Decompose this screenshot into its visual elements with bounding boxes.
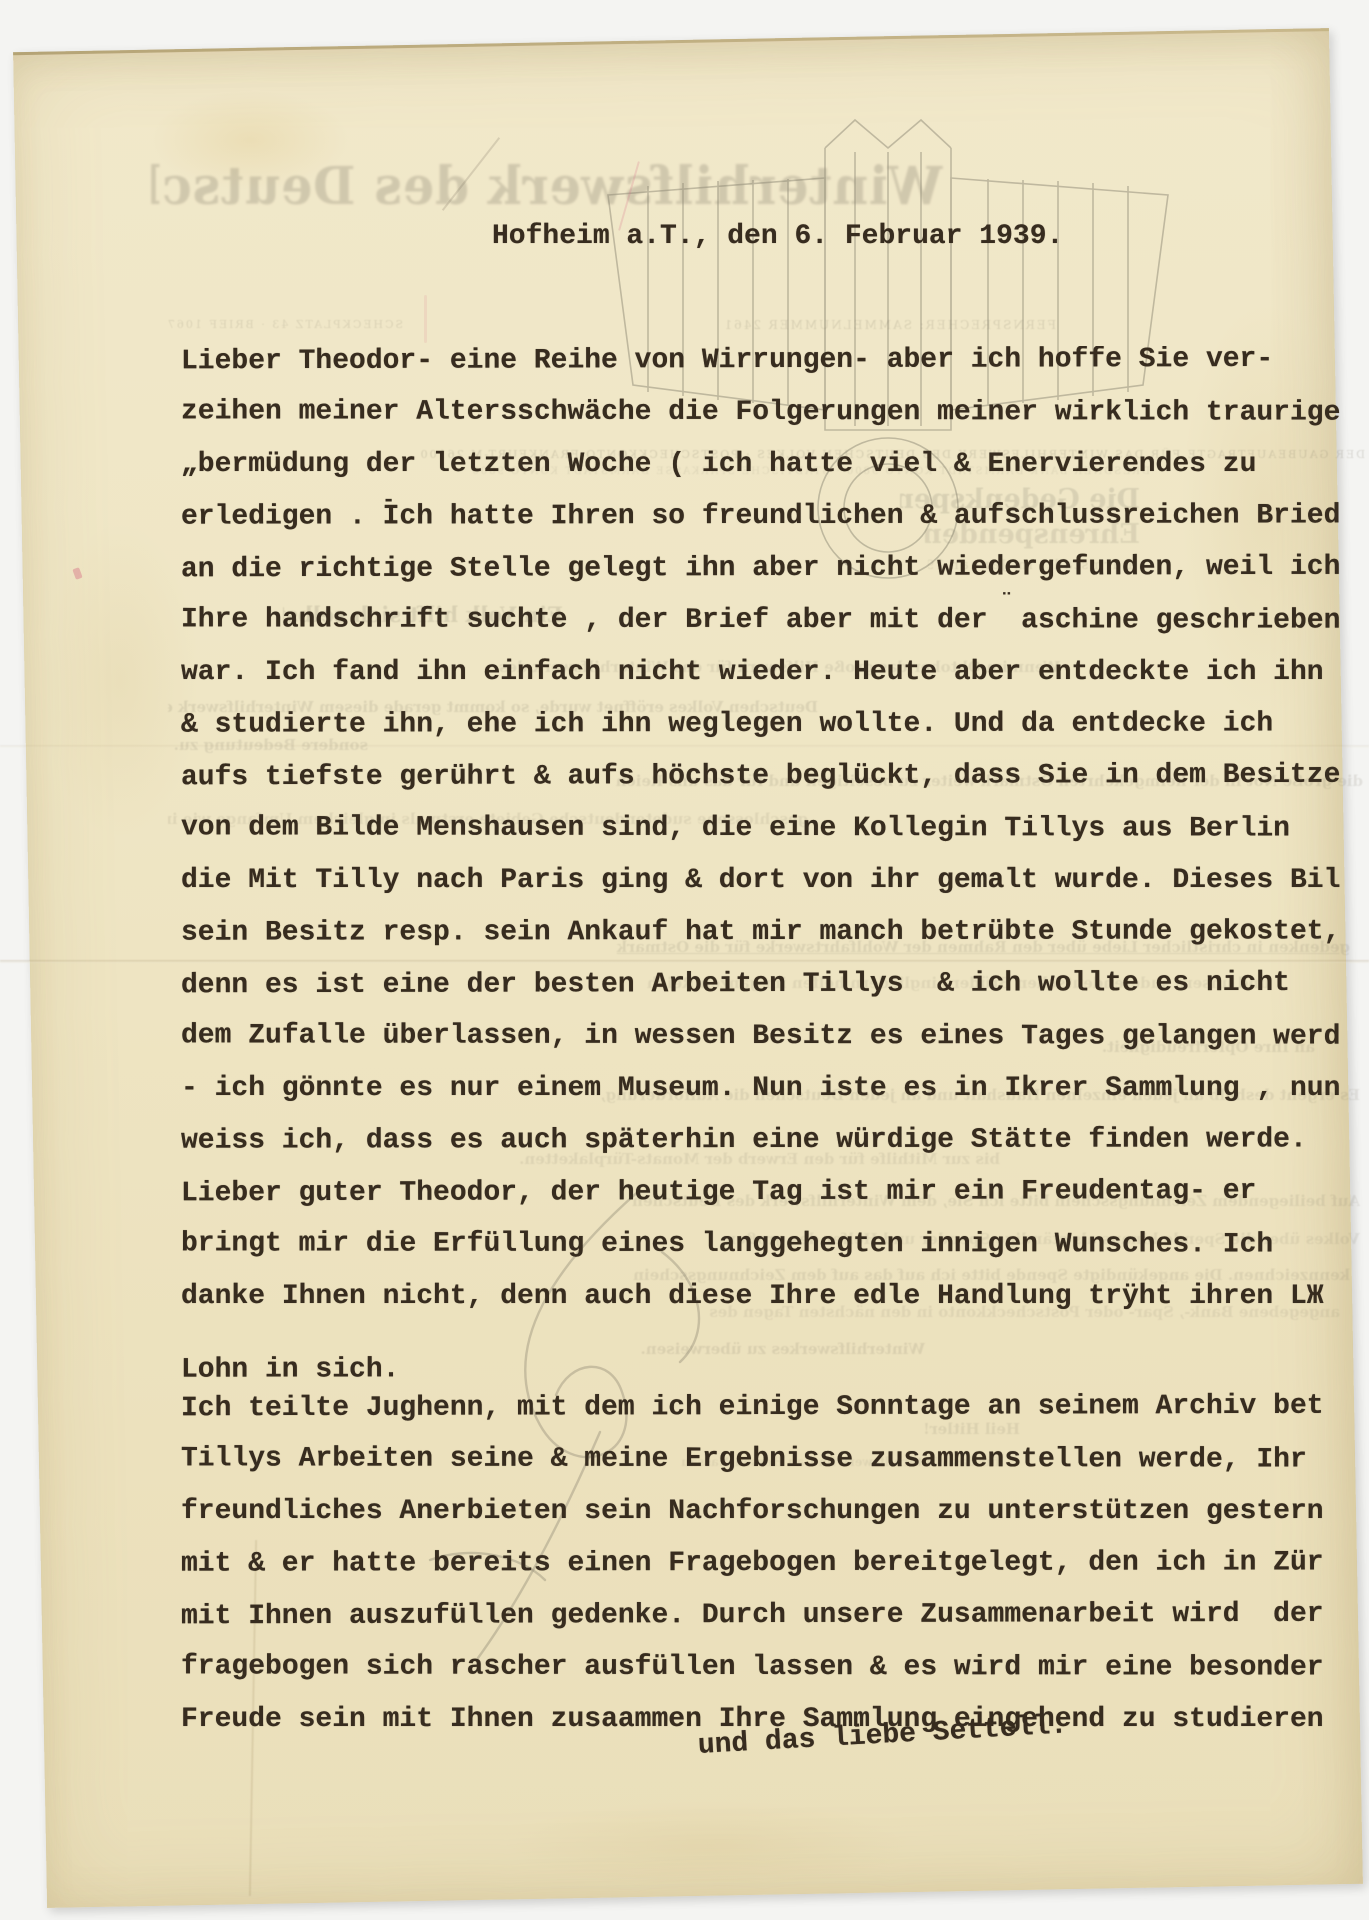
letter-line: weiss ich, dass es auch späterhin eine w… <box>181 1125 1369 1178</box>
letter-line: Ihre handschrift suchte , der Brief aber… <box>181 605 1369 658</box>
letter-line: dem Zufalle überlassen, in wessen Besitz… <box>181 1021 1369 1074</box>
letter-line: erledigen . Ich hatte Ihren so freundlic… <box>181 501 1369 554</box>
letter-line: Tillys Arbeiten seine & meine Ergebnisse… <box>181 1444 1369 1497</box>
letter-line: von dem Bilde Menshausen sind, die eine … <box>181 813 1369 866</box>
letter-line: & studierte ihn, ehe ich ihn weglegen wo… <box>181 709 1369 762</box>
letter-line: die Mit Tilly nach Paris ging & dort von… <box>181 866 1369 918</box>
red-pencil-streak <box>424 295 427 343</box>
letter-line: Ich teilte Jughenn, mit dem ich einige S… <box>181 1392 1369 1446</box>
letter-line: mit & er hatte bereits einen Fragebogen … <box>181 1548 1369 1601</box>
letter-line: danke Ihnen nicht, denn auch diese Ihre … <box>181 1282 1369 1334</box>
letter-line: - ich gönnte es nur einem Museum. Nun is… <box>181 1074 1369 1126</box>
letter-line: war. Ich fand ihn einfach nicht wieder. … <box>181 658 1369 710</box>
letter-line: an die richtige Stelle gelegt ihn aber n… <box>181 553 1369 607</box>
letter-line: aufs tiefste gerührt & aufs höchste begl… <box>181 761 1369 815</box>
letter-dateline: Hofheim a.T., den 6. Februar 1939. <box>492 222 1063 253</box>
letter-line: Lieber Theodor- eine Reihe von Wirrungen… <box>181 346 1369 399</box>
letter-line: denn es ist eine der besten Arbeiten Til… <box>181 969 1369 1023</box>
letter-line: zeihen meiner Altersschwäche die Folgeru… <box>181 397 1369 450</box>
letter-body: Lieber Theodor- eine Reihe von Wirrungen… <box>181 346 1369 1757</box>
letter-line: freundliches Anerbieten sein Nachforschu… <box>181 1497 1369 1549</box>
letter-line: bringt mir die Erfüllung eines langgeheg… <box>181 1229 1369 1282</box>
letter-line: „bermüdung der letzten Woche ( ich hatte… <box>181 450 1369 502</box>
scanned-letter-page: { "document": { "kind": "typewritten let… <box>0 0 1369 1920</box>
letter-line: fragebogen sich rascher ausfüllen lassen… <box>181 1652 1369 1705</box>
letter-line: sein Besitz resp. sein Ankauf hat mir ma… <box>181 917 1369 970</box>
letter-line: mit Ihnen auszufüllen gedenke. Durch uns… <box>181 1600 1369 1654</box>
overstrike-mark: - <box>382 488 395 513</box>
letter-line: Lieber guter Theodor, der heutige Tag is… <box>181 1177 1369 1231</box>
overstrike-mark: ¨ <box>1000 590 1013 615</box>
